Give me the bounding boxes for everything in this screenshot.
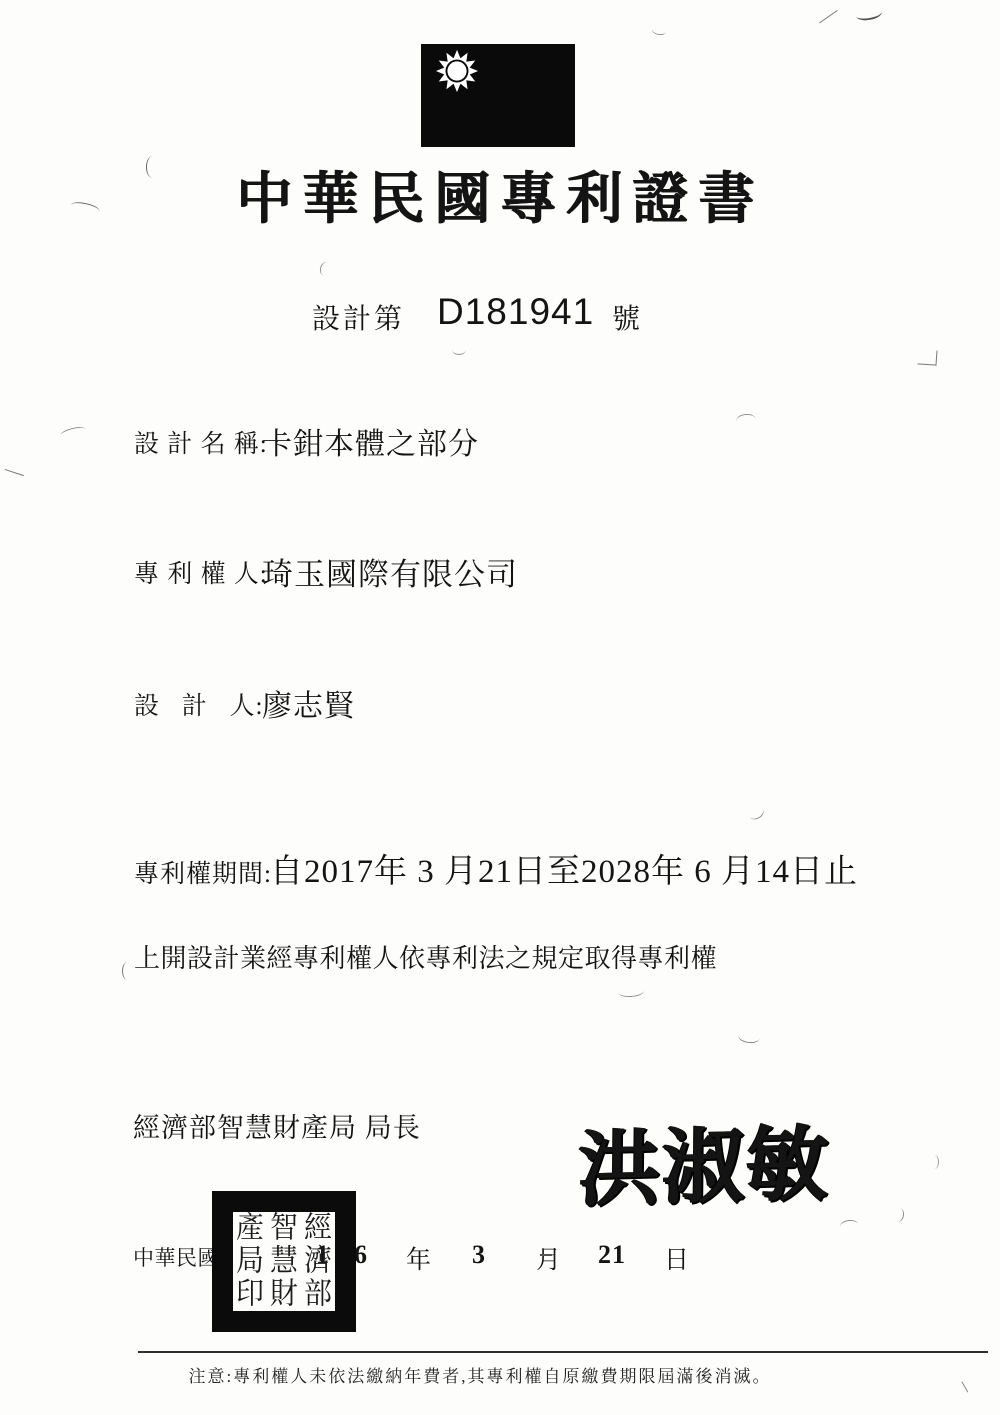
scan-artifact [917, 349, 937, 365]
seal-char: 濟 [304, 1246, 332, 1276]
date-month: 3 [472, 1240, 485, 1270]
office-seal-stamp: 產 智 經 局 慧 濟 印 財 部 [212, 1191, 356, 1332]
seal-char: 印 [236, 1279, 264, 1309]
design-name-label: 設 計 名 稱: [134, 424, 268, 460]
document-title: 中華民國專利證書 [0, 170, 1000, 232]
scan-artifact [930, 1155, 939, 1169]
roc-flag [421, 44, 575, 147]
scan-artifact [855, 6, 883, 22]
director-signature: 洪淑敏 [578, 1099, 831, 1223]
date-day-unit: 日 [664, 1240, 689, 1276]
scan-artifact [4, 469, 24, 478]
designer-value: 廖志賢 [262, 681, 355, 725]
patent-term-label: 專利權期間: [134, 854, 272, 890]
certificate-number-suffix: 號 [612, 297, 640, 337]
patent-term-value: 自2017年 3 月21日至2028年 6 月14日止 [270, 845, 858, 892]
scan-artifact [737, 1029, 761, 1045]
scan-artifact [122, 962, 133, 980]
sun-icon [434, 48, 480, 94]
design-name-value: 卡鉗本體之部分 [262, 419, 479, 463]
scan-artifact [735, 413, 756, 428]
scan-artifact [892, 1207, 906, 1223]
seal-char: 產 [236, 1213, 264, 1243]
scan-artifact [839, 1219, 858, 1232]
patentee-label: 專 利 權 人: [134, 554, 268, 590]
scan-artifact [146, 156, 159, 178]
scan-artifact [746, 803, 766, 822]
scan-artifact [651, 25, 666, 36]
footer-divider [138, 1351, 988, 1353]
seal-char: 部 [304, 1279, 332, 1309]
date-day: 21 [598, 1240, 626, 1270]
scan-artifact [819, 10, 839, 25]
seal-characters: 產 智 經 局 慧 濟 印 財 部 [233, 1212, 335, 1311]
date-era: 中華民國 [133, 1242, 219, 1272]
certificate-number: D181941 [437, 291, 594, 333]
date-month-unit: 月 [536, 1240, 561, 1276]
issuing-office-title: 經濟部智慧財產局 局長 [133, 1106, 421, 1145]
patent-certificate-page: { "header": { "flag": "roc-flag-black-an… [0, 0, 1000, 1415]
scan-artifact [960, 1382, 969, 1394]
date-year-unit: 年 [406, 1240, 431, 1276]
grant-statement: 上開設計業經專利權人依專利法之規定取得專利權 [134, 938, 717, 975]
seal-char: 慧 [270, 1246, 298, 1276]
patentee-value: 琦玉國際有限公司 [262, 549, 518, 594]
scan-artifact [59, 425, 86, 440]
seal-char: 財 [270, 1279, 298, 1309]
designer-label: 設 計 人: [134, 686, 263, 722]
certificate-type-label: 設計第 [312, 297, 405, 337]
seal-char: 局 [236, 1246, 264, 1276]
scan-artifact [452, 344, 466, 355]
seal-char: 智 [270, 1213, 298, 1243]
scan-artifact [318, 261, 332, 277]
footer-note: 注意:專利權人未依法繳納年費者,其專利權自原繳費期限屆滿後消滅。 [0, 1362, 960, 1387]
seal-char: 經 [304, 1213, 332, 1243]
scan-artifact [540, 1254, 552, 1258]
scan-artifact [618, 985, 645, 998]
